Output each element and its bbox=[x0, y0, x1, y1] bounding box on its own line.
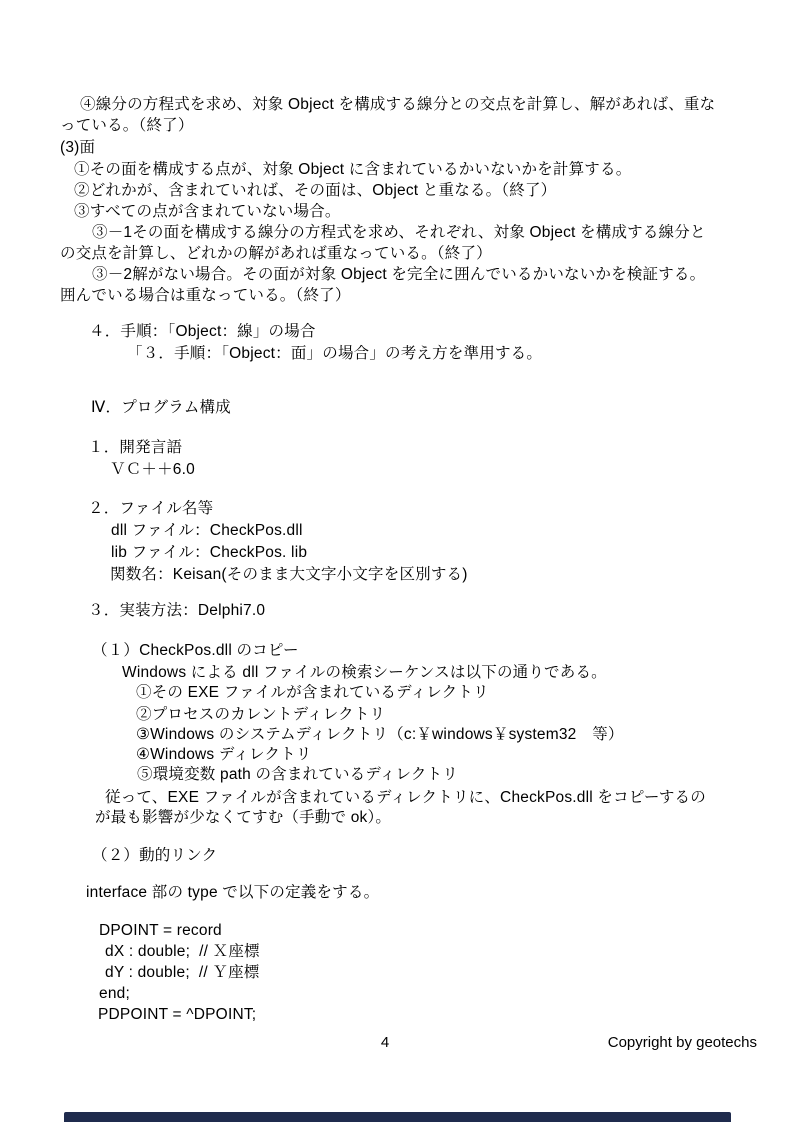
subsection-heading: （２）動的リンク bbox=[92, 845, 217, 866]
doc-line: ②どれかが、含まれていれば、その面は、Object と重なる。（終了） bbox=[74, 180, 556, 201]
doc-line: ＶＣ＋＋6.0 bbox=[110, 459, 195, 480]
section-heading: ４．手順：「Object：線」の場合 bbox=[89, 321, 316, 342]
doc-line: 関数名：Keisan(そのまま大文字小文字を区別する) bbox=[110, 564, 468, 585]
code-line: dX : double; // Ｘ座標 bbox=[105, 941, 260, 962]
doc-line: interface 部の type で以下の定義をする。 bbox=[86, 882, 379, 903]
doc-line: ①その EXE ファイルが含まれているディレクトリ bbox=[136, 682, 489, 703]
doc-line: ②プロセスのカレントディレクトリ bbox=[136, 704, 385, 725]
doc-line: Windows による dll ファイルの検索シーケンスは以下の通りである。 bbox=[122, 662, 607, 683]
bottom-edge-bar bbox=[64, 1112, 731, 1122]
section-heading: ２．ファイル名等 bbox=[88, 498, 213, 519]
doc-line: ④線分の方程式を求め、対象 Object を構成する線分との交点を計算し、解があ… bbox=[80, 94, 715, 115]
section-heading: ３．実装方法：Delphi7.0 bbox=[88, 600, 265, 621]
document-page: ④線分の方程式を求め、対象 Object を構成する線分との交点を計算し、解があ… bbox=[0, 0, 793, 1122]
doc-line: ③すべての点が含まれていない場合。 bbox=[74, 201, 341, 222]
doc-line: ③Windows のシステムディレクトリ（c:￥windows￥system32… bbox=[136, 724, 624, 745]
doc-line: 「３．手順：「Object：面」の場合」の考え方を準用する。 bbox=[127, 343, 542, 364]
doc-line: が最も影響が少なくてすむ（手動で ok）。 bbox=[95, 807, 391, 828]
doc-line: ③－2解がない場合。その面が対象 Object を完全に囲んでいるかいないかを検… bbox=[92, 264, 705, 285]
doc-line: 囲んでいる場合は重なっている。（終了） bbox=[60, 285, 351, 306]
section-heading: １．開発言語 bbox=[88, 437, 182, 458]
code-line: PDPOINT = ^DPOINT; bbox=[98, 1004, 256, 1025]
doc-line: 従って、EXE ファイルが含まれているディレクトリに、CheckPos.dll … bbox=[105, 787, 706, 808]
doc-line: lib ファイル：CheckPos. lib bbox=[111, 542, 307, 563]
code-line: DPOINT = record bbox=[99, 920, 222, 941]
doc-line: ①その面を構成する点が、対象 Object に含まれているかいないかを計算する。 bbox=[74, 159, 631, 180]
doc-line: dll ファイル：CheckPos.dll bbox=[111, 520, 303, 541]
doc-line: っている。（終了） bbox=[60, 115, 194, 136]
doc-line: ④Windows ディレクトリ bbox=[136, 744, 312, 765]
copyright-notice: Copyright by geotechs bbox=[608, 1034, 757, 1051]
code-line: end; bbox=[99, 983, 130, 1004]
chapter-heading: Ⅳ．プログラム構成 bbox=[91, 397, 231, 418]
code-line: dY : double; // Ｙ座標 bbox=[105, 962, 259, 983]
doc-line: ③－1その面を構成する線分の方程式を求め、それぞれ、対象 Object を構成す… bbox=[92, 222, 706, 243]
doc-line: の交点を計算し、どれかの解があれば重なっている。（終了） bbox=[60, 243, 492, 264]
subsection-heading: （１）CheckPos.dll のコピー bbox=[92, 640, 299, 661]
doc-line: ⑤環境変数 path の含まれているディレクトリ bbox=[137, 764, 458, 785]
doc-line: (3)面 bbox=[60, 137, 95, 158]
